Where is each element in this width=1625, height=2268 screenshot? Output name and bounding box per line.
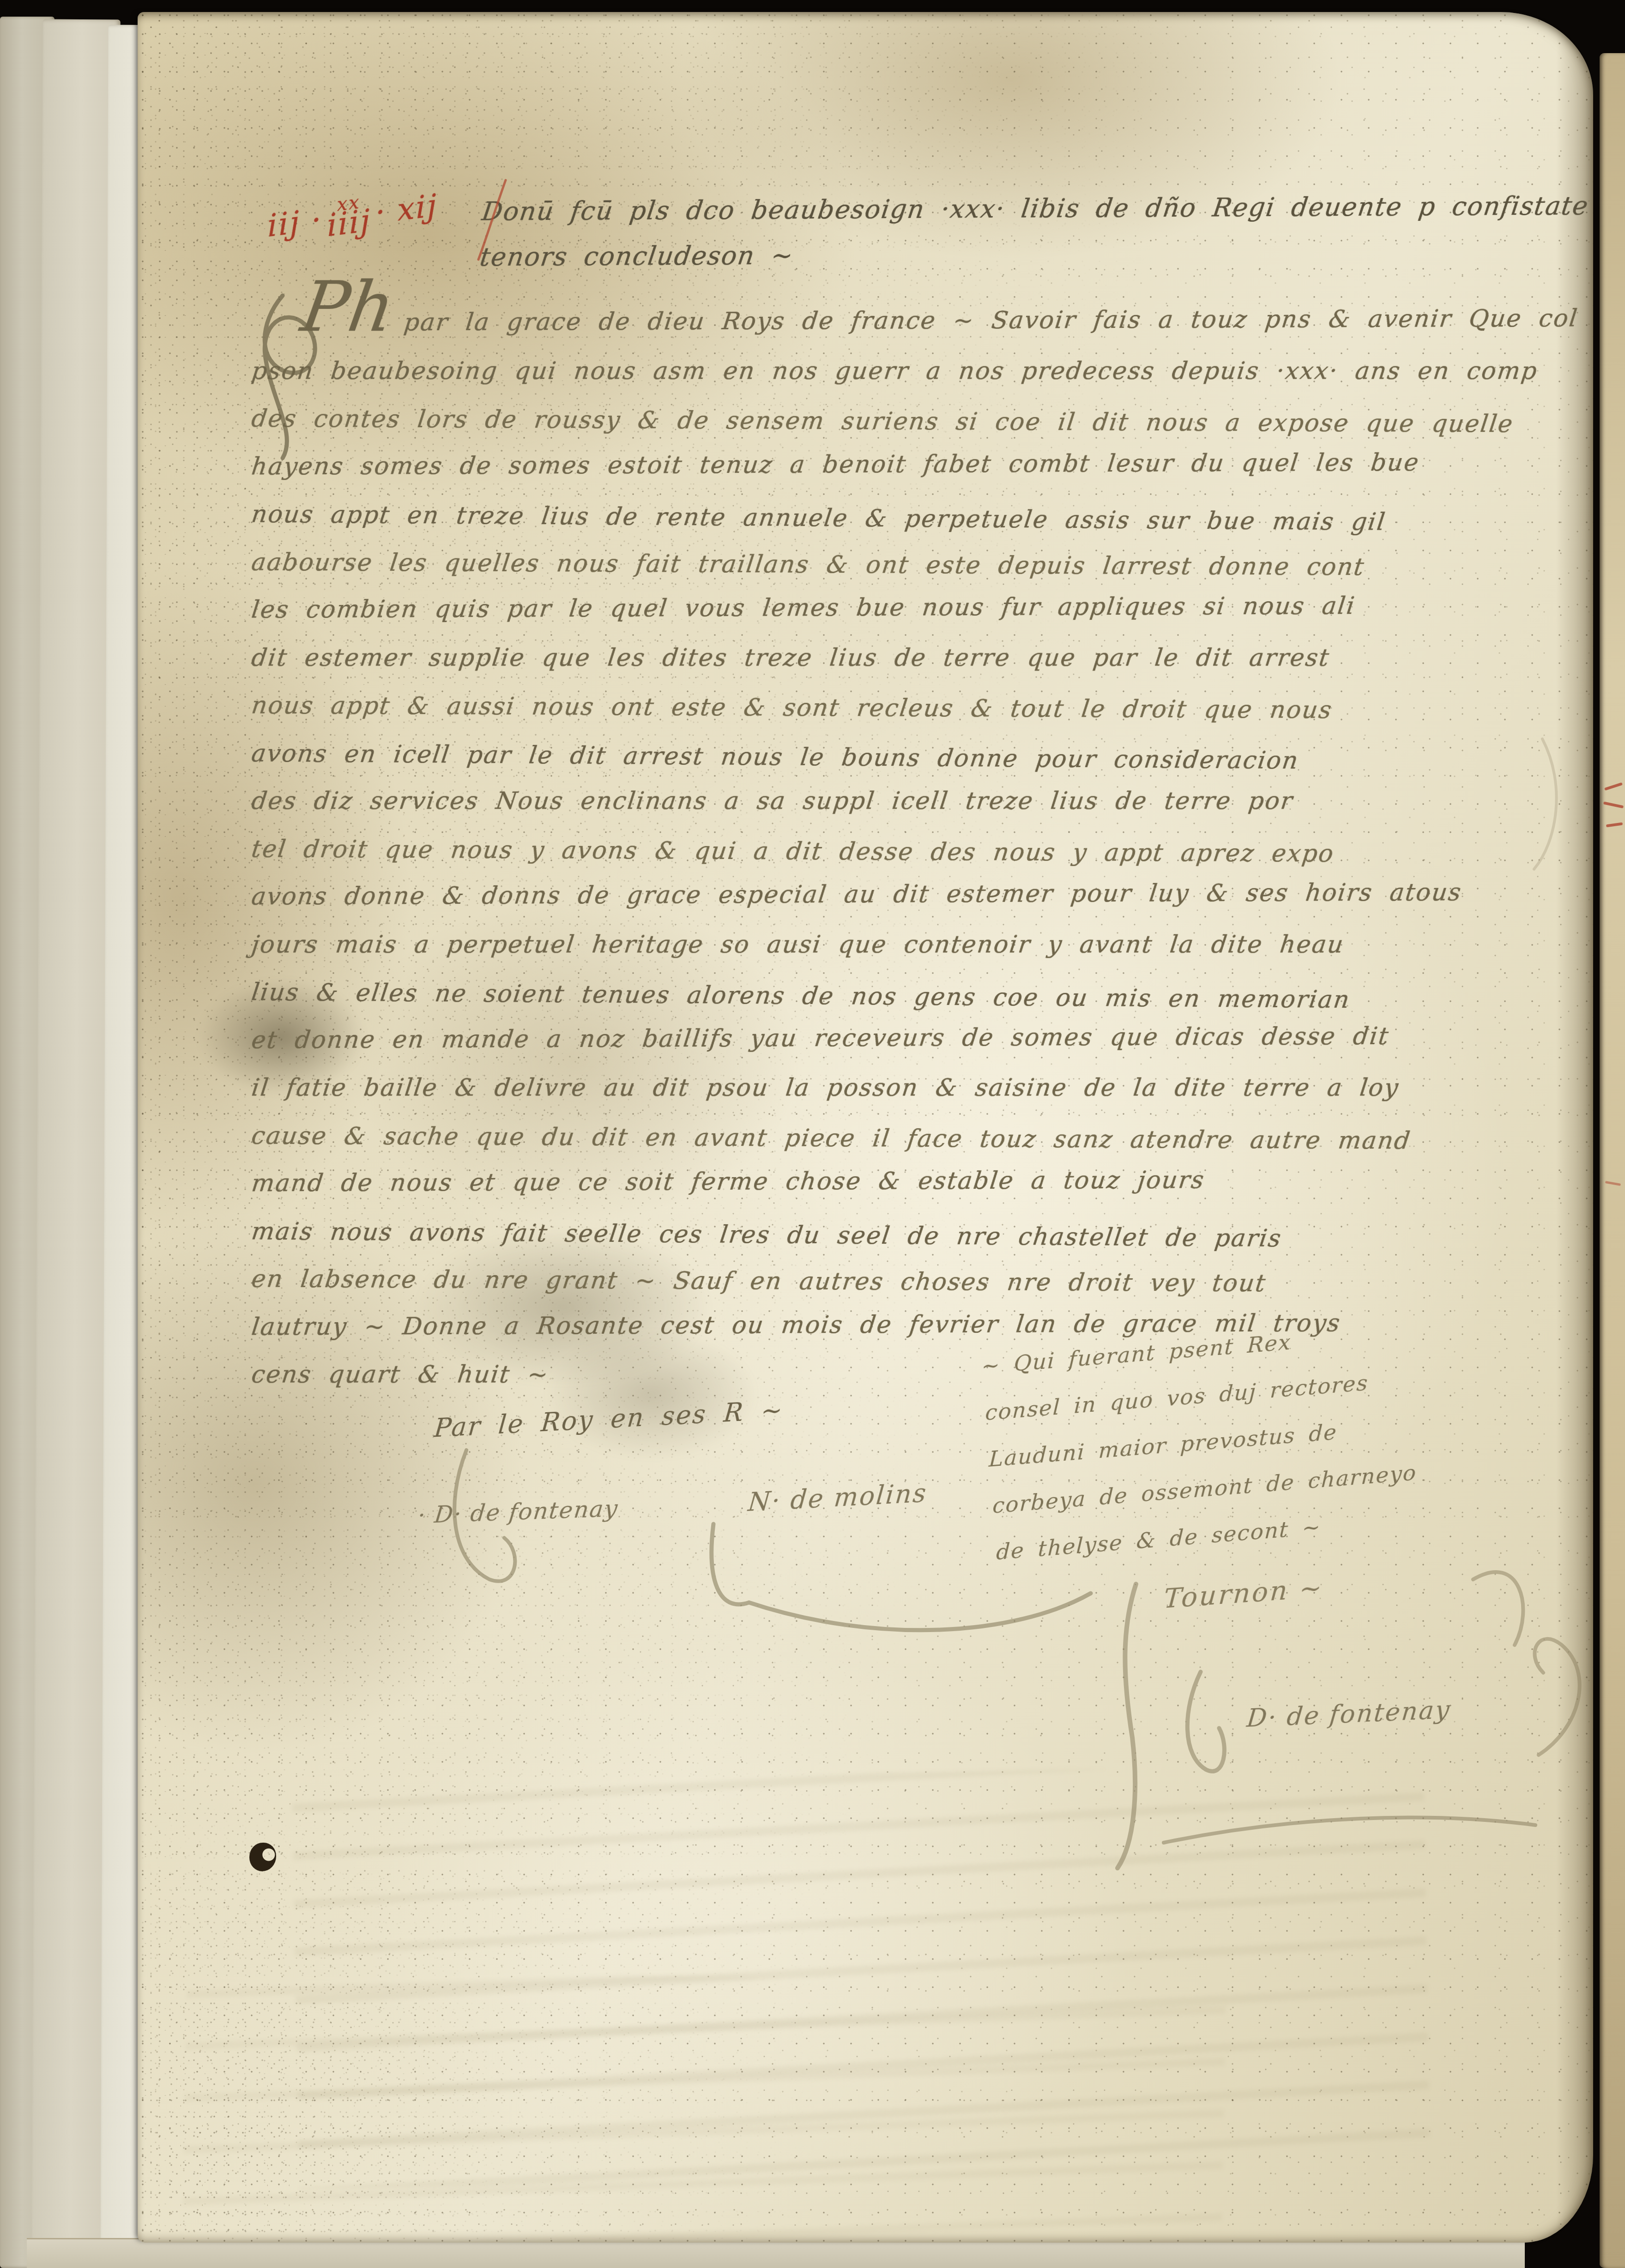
signature-de-molins: N· de molins [747, 1478, 929, 1517]
verso-showthrough [182, 1967, 1226, 2243]
body-line: hayens somes de somes estoit tenuz a ben… [249, 438, 1584, 490]
council-witness-block: ~ Qui fuerant psent Rexconsel in quo vos… [980, 1310, 1422, 1576]
ink-blot [249, 1843, 276, 1871]
fore-edge-red-mark [1605, 1181, 1621, 1186]
body-line: et donne en mande a noz baillifs yau rec… [249, 1011, 1584, 1064]
closing-par-le-roy: Par le Roy en ses R ~ [433, 1395, 785, 1443]
rubric-score-group: xx iiij [326, 194, 371, 237]
next-page-fore-edge [1600, 53, 1625, 2268]
body-line: par la grace de dieu Roys de france ~ Sa… [249, 295, 1584, 347]
rubric-mid: iiij [327, 210, 371, 237]
fore-edge-red-mark [1603, 801, 1624, 808]
folio-number-rubric: iij · xx iiij · xij [267, 186, 438, 244]
body-line: des diz services Nous enclinans a sa sup… [249, 777, 1585, 825]
body-text-block: par la grace de dieu Roys de france ~ Sa… [252, 299, 1582, 1399]
manuscript-page: iij · xx iiij · xij Donū fcū pls dco bea… [138, 12, 1593, 2243]
body-line: jours mais a perpetuel heritage so ausi … [249, 921, 1585, 969]
heading-line-1: Donū fcū pls dco beaubesoign ·xxx· libis… [480, 191, 1591, 227]
rubric-prefix: iij · [267, 202, 323, 244]
heading-line-2: tenors concludeson ~ [478, 241, 796, 272]
body-line: mand de nous et que ce soit ferme chose … [249, 1155, 1584, 1208]
body-line: avons donne & donns de grace especial au… [249, 868, 1584, 921]
body-line: dit estemer supplie que les dites treze … [249, 634, 1585, 682]
verso-showthrough [292, 1764, 1431, 2190]
body-line: il fatie baille & delivre au dit psou la… [249, 1064, 1585, 1112]
fore-edge-red-mark [1606, 823, 1623, 828]
body-line: pson beaubesoing qui nous asm en nos gue… [249, 347, 1585, 395]
fore-edge-red-mark [1604, 782, 1623, 791]
manuscript-photo: iij · xx iiij · xij Donū fcū pls dco bea… [0, 0, 1625, 2268]
rubric-suffix: · xij [375, 187, 438, 231]
signature-de-fontenay-bottom: D· de fontenay [1245, 1695, 1452, 1733]
body-line: les combien quis par le quel vous lemes … [249, 581, 1584, 634]
signature-tournon: Tournon ~ [1163, 1572, 1325, 1615]
signature-de-fontenay-left: · D· de fontenay [417, 1495, 620, 1529]
body-line: nous appt & aussi nous ont este & sont r… [248, 682, 1584, 735]
